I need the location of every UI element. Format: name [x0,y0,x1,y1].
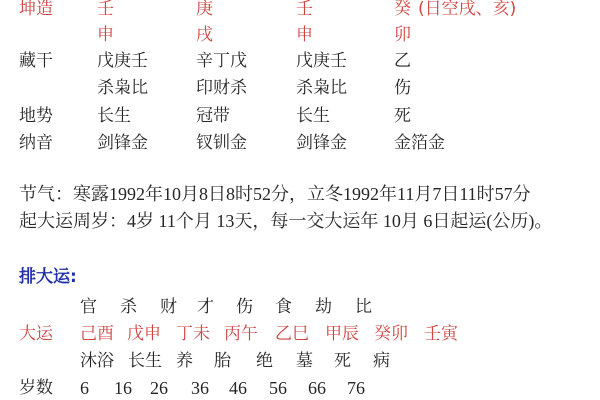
dy-shishen-5: 伤 [236,294,253,320]
canggan-month: 辛丁戊 [196,48,247,74]
canggan-year: 戊庚壬 [97,48,148,74]
shishen-hour: 伤 [394,75,411,101]
shishen-day: 杀枭比 [296,75,347,101]
dy-shishen-1: 官 [80,294,97,320]
dayun-title: 排大运: [19,264,77,290]
dy-age-4: 36 [191,375,209,400]
dayun-label: 大运 [19,321,53,347]
nayin-hour: 金箔金 [394,130,445,156]
dy-shishen-8: 比 [355,294,372,320]
month-branch: 戌 [196,22,213,48]
shishen-month: 印财杀 [196,75,247,101]
jieqi-line: 节气：寒露1992年10月8日8时52分，立冬1992年11月7日11时57分 [19,181,531,207]
jieqi-text: 节气：寒露1992年10月8日8时52分，立冬1992年11月7日11时57分 [19,184,531,204]
month-stem: 庚 [196,0,213,22]
nayin-day: 剑锋金 [296,130,347,156]
dy-shishen-6: 食 [275,294,292,320]
dy-age-1: 6 [80,375,89,400]
day-branch: 申 [296,22,313,48]
dy-pillar-7: 癸卯 [374,321,408,347]
dy-pillar-5: 乙巳 [275,321,309,347]
dy-shishen-3: 财 [160,294,177,320]
dishi-label: 地势 [19,103,53,129]
hour-branch: 卯 [394,22,411,48]
year-branch: 申 [97,22,114,48]
dy-shishen-7: 劫 [315,294,332,320]
dy-age-6: 56 [269,375,287,400]
dy-cs-5: 绝 [256,348,273,374]
dy-age-7: 66 [308,375,326,400]
dishi-month: 冠带 [196,103,230,129]
nayin-month: 钗钏金 [196,130,247,156]
dy-pillar-8: 壬寅 [424,321,458,347]
canggan-label: 藏干 [19,48,53,74]
dy-cs-3: 养 [176,348,193,374]
shishen-year: 杀枭比 [97,75,148,101]
qiyun-text: 起大运周岁：4岁 11个月 13天，每一交大运年 10月 6日起运(公历)。 [19,211,552,231]
dy-cs-4: 胎 [214,348,231,374]
dy-age-3: 26 [150,375,168,400]
dishi-year: 长生 [97,103,131,129]
canggan-day: 戊庚壬 [296,48,347,74]
dy-cs-7: 死 [334,348,351,374]
age-label: 岁数 [19,375,53,400]
dy-shishen-2: 杀 [120,294,137,320]
nayin-label: 纳音 [19,130,53,156]
kunzao-label: 坤造 [19,0,53,22]
dy-cs-2: 长生 [128,348,162,374]
dy-age-8: 76 [347,375,365,400]
dy-shishen-4: 才 [197,294,214,320]
dy-age-2: 16 [114,375,132,400]
hour-stem: 癸 [394,0,411,22]
dayun-title-text: 排大运: [19,267,77,287]
dy-cs-6: 墓 [296,348,313,374]
dy-pillar-1: 己酉 [80,321,114,347]
dishi-day: 长生 [296,103,330,129]
dishi-hour: 死 [394,103,411,129]
dy-cs-1: 沐浴 [80,348,114,374]
year-stem: 壬 [97,0,114,22]
nayin-year: 剑锋金 [97,130,148,156]
dy-pillar-4: 丙午 [224,321,258,347]
dy-age-5: 46 [229,375,247,400]
kongwang-note: (日空戌、亥) [418,0,516,22]
qiyun-line: 起大运周岁：4岁 11个月 13天，每一交大运年 10月 6日起运(公历)。 [19,208,552,234]
day-stem: 壬 [296,0,313,22]
dy-cs-8: 病 [373,348,390,374]
dy-pillar-2: 戊申 [127,321,161,347]
canggan-hour: 乙 [394,48,411,74]
dy-pillar-3: 丁未 [176,321,210,347]
dy-pillar-6: 甲辰 [325,321,359,347]
